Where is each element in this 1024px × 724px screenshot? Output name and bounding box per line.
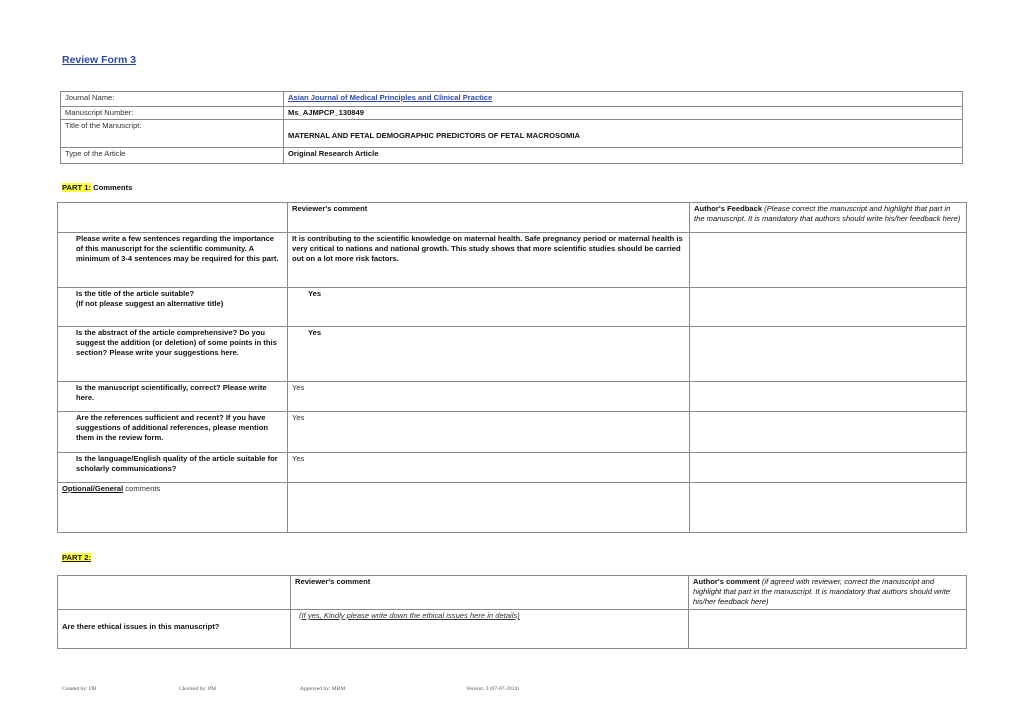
question-scientific: Is the manuscript scientifically, correc… (58, 382, 288, 412)
part2-reviewer-comment-header: Reviewer's comment (291, 576, 689, 610)
manuscript-info-table: Journal Name: Asian Journal of Medical P… (60, 91, 963, 164)
author-feedback-references[interactable] (690, 412, 967, 453)
part1-subtitle: Comments (91, 183, 132, 192)
table-row: Is the title of the article suitable? (I… (58, 288, 967, 327)
manuscript-number-label: Manuscript Number: (61, 107, 284, 120)
part2-header-row: Reviewer's comment Author's comment (if … (58, 576, 967, 610)
table-row: Is the language/English quality of the a… (58, 453, 967, 483)
author-feedback-language[interactable] (690, 453, 967, 483)
article-type-label: Type of the Article (61, 148, 284, 164)
question-title: Is the title of the article suitable? (I… (58, 288, 288, 327)
answer-language[interactable]: Yes (288, 453, 690, 483)
manuscript-title-label: Title of the Manuscript: (61, 120, 284, 148)
author-feedback-abstract[interactable] (690, 327, 967, 382)
answer-importance[interactable]: It is contributing to the scientific kno… (288, 233, 690, 288)
author-feedback-title[interactable] (690, 288, 967, 327)
journal-name-label: Journal Name: (61, 92, 284, 107)
optional-comments-author[interactable] (690, 483, 967, 533)
table-row: Please write a few sentences regarding t… (58, 233, 967, 288)
answer-ethics[interactable]: (If yes, Kindly please write down the et… (291, 610, 689, 649)
answer-abstract[interactable]: Yes (288, 327, 690, 382)
part1-label: PART 1: (62, 183, 91, 192)
article-type-row: Type of the Article Original Research Ar… (61, 148, 963, 164)
optional-comments-label: Optional/General comments (58, 483, 288, 533)
form-title: Review Form 3 (62, 54, 136, 66)
part1-comments-table: Reviewer's comment Author's Feedback (Pl… (57, 202, 967, 533)
footer-version: Version: 3 (07-07-2024) (466, 686, 519, 692)
author-comment-ethics[interactable] (689, 610, 967, 649)
optional-comments-reviewer[interactable] (288, 483, 690, 533)
part1-heading: PART 1: Comments (62, 183, 132, 192)
footer-created-by: Created by: DR (62, 686, 97, 692)
part1-header-blank (58, 203, 288, 233)
answer-title[interactable]: Yes (288, 288, 690, 327)
footer-approved-by: Approved by: MBM (300, 686, 345, 692)
question-references: Are the references sufficient and recent… (58, 412, 288, 453)
journal-name-link[interactable]: Asian Journal of Medical Principles and … (288, 93, 492, 102)
table-row: Is the abstract of the article comprehen… (58, 327, 967, 382)
optional-comments-row: Optional/General comments (58, 483, 967, 533)
article-type-value: Original Research Article (284, 148, 963, 164)
manuscript-title-value: MATERNAL AND FETAL DEMOGRAPHIC PREDICTOR… (284, 120, 963, 148)
question-language: Is the language/English quality of the a… (58, 453, 288, 483)
answer-references[interactable]: Yes (288, 412, 690, 453)
reviewer-comment-header: Reviewer's comment (288, 203, 690, 233)
manuscript-number-value: Ms_AJMPCP_130849 (284, 107, 963, 120)
journal-name-row: Journal Name: Asian Journal of Medical P… (61, 92, 963, 107)
part2-header-blank (58, 576, 291, 610)
part2-heading: PART 2: (62, 553, 91, 562)
author-feedback-header: Author's Feedback (Please correct the ma… (690, 203, 967, 233)
table-row: Are there ethical issues in this manuscr… (58, 610, 967, 649)
part2-author-comment-header: Author's comment (if agreed with reviewe… (689, 576, 967, 610)
footer-checked-by: Checked by: PM (179, 686, 216, 692)
table-row: Is the manuscript scientifically, correc… (58, 382, 967, 412)
part2-label: PART 2: (62, 553, 91, 562)
answer-scientific[interactable]: Yes (288, 382, 690, 412)
author-feedback-importance[interactable] (690, 233, 967, 288)
question-importance: Please write a few sentences regarding t… (58, 233, 288, 288)
part2-ethics-table: Reviewer's comment Author's comment (if … (57, 575, 967, 649)
question-abstract: Is the abstract of the article comprehen… (58, 327, 288, 382)
question-ethics: Are there ethical issues in this manuscr… (58, 610, 291, 649)
part1-header-row: Reviewer's comment Author's Feedback (Pl… (58, 203, 967, 233)
author-feedback-scientific[interactable] (690, 382, 967, 412)
manuscript-number-row: Manuscript Number: Ms_AJMPCP_130849 (61, 107, 963, 120)
table-row: Are the references sufficient and recent… (58, 412, 967, 453)
manuscript-title-row: Title of the Manuscript: MATERNAL AND FE… (61, 120, 963, 148)
